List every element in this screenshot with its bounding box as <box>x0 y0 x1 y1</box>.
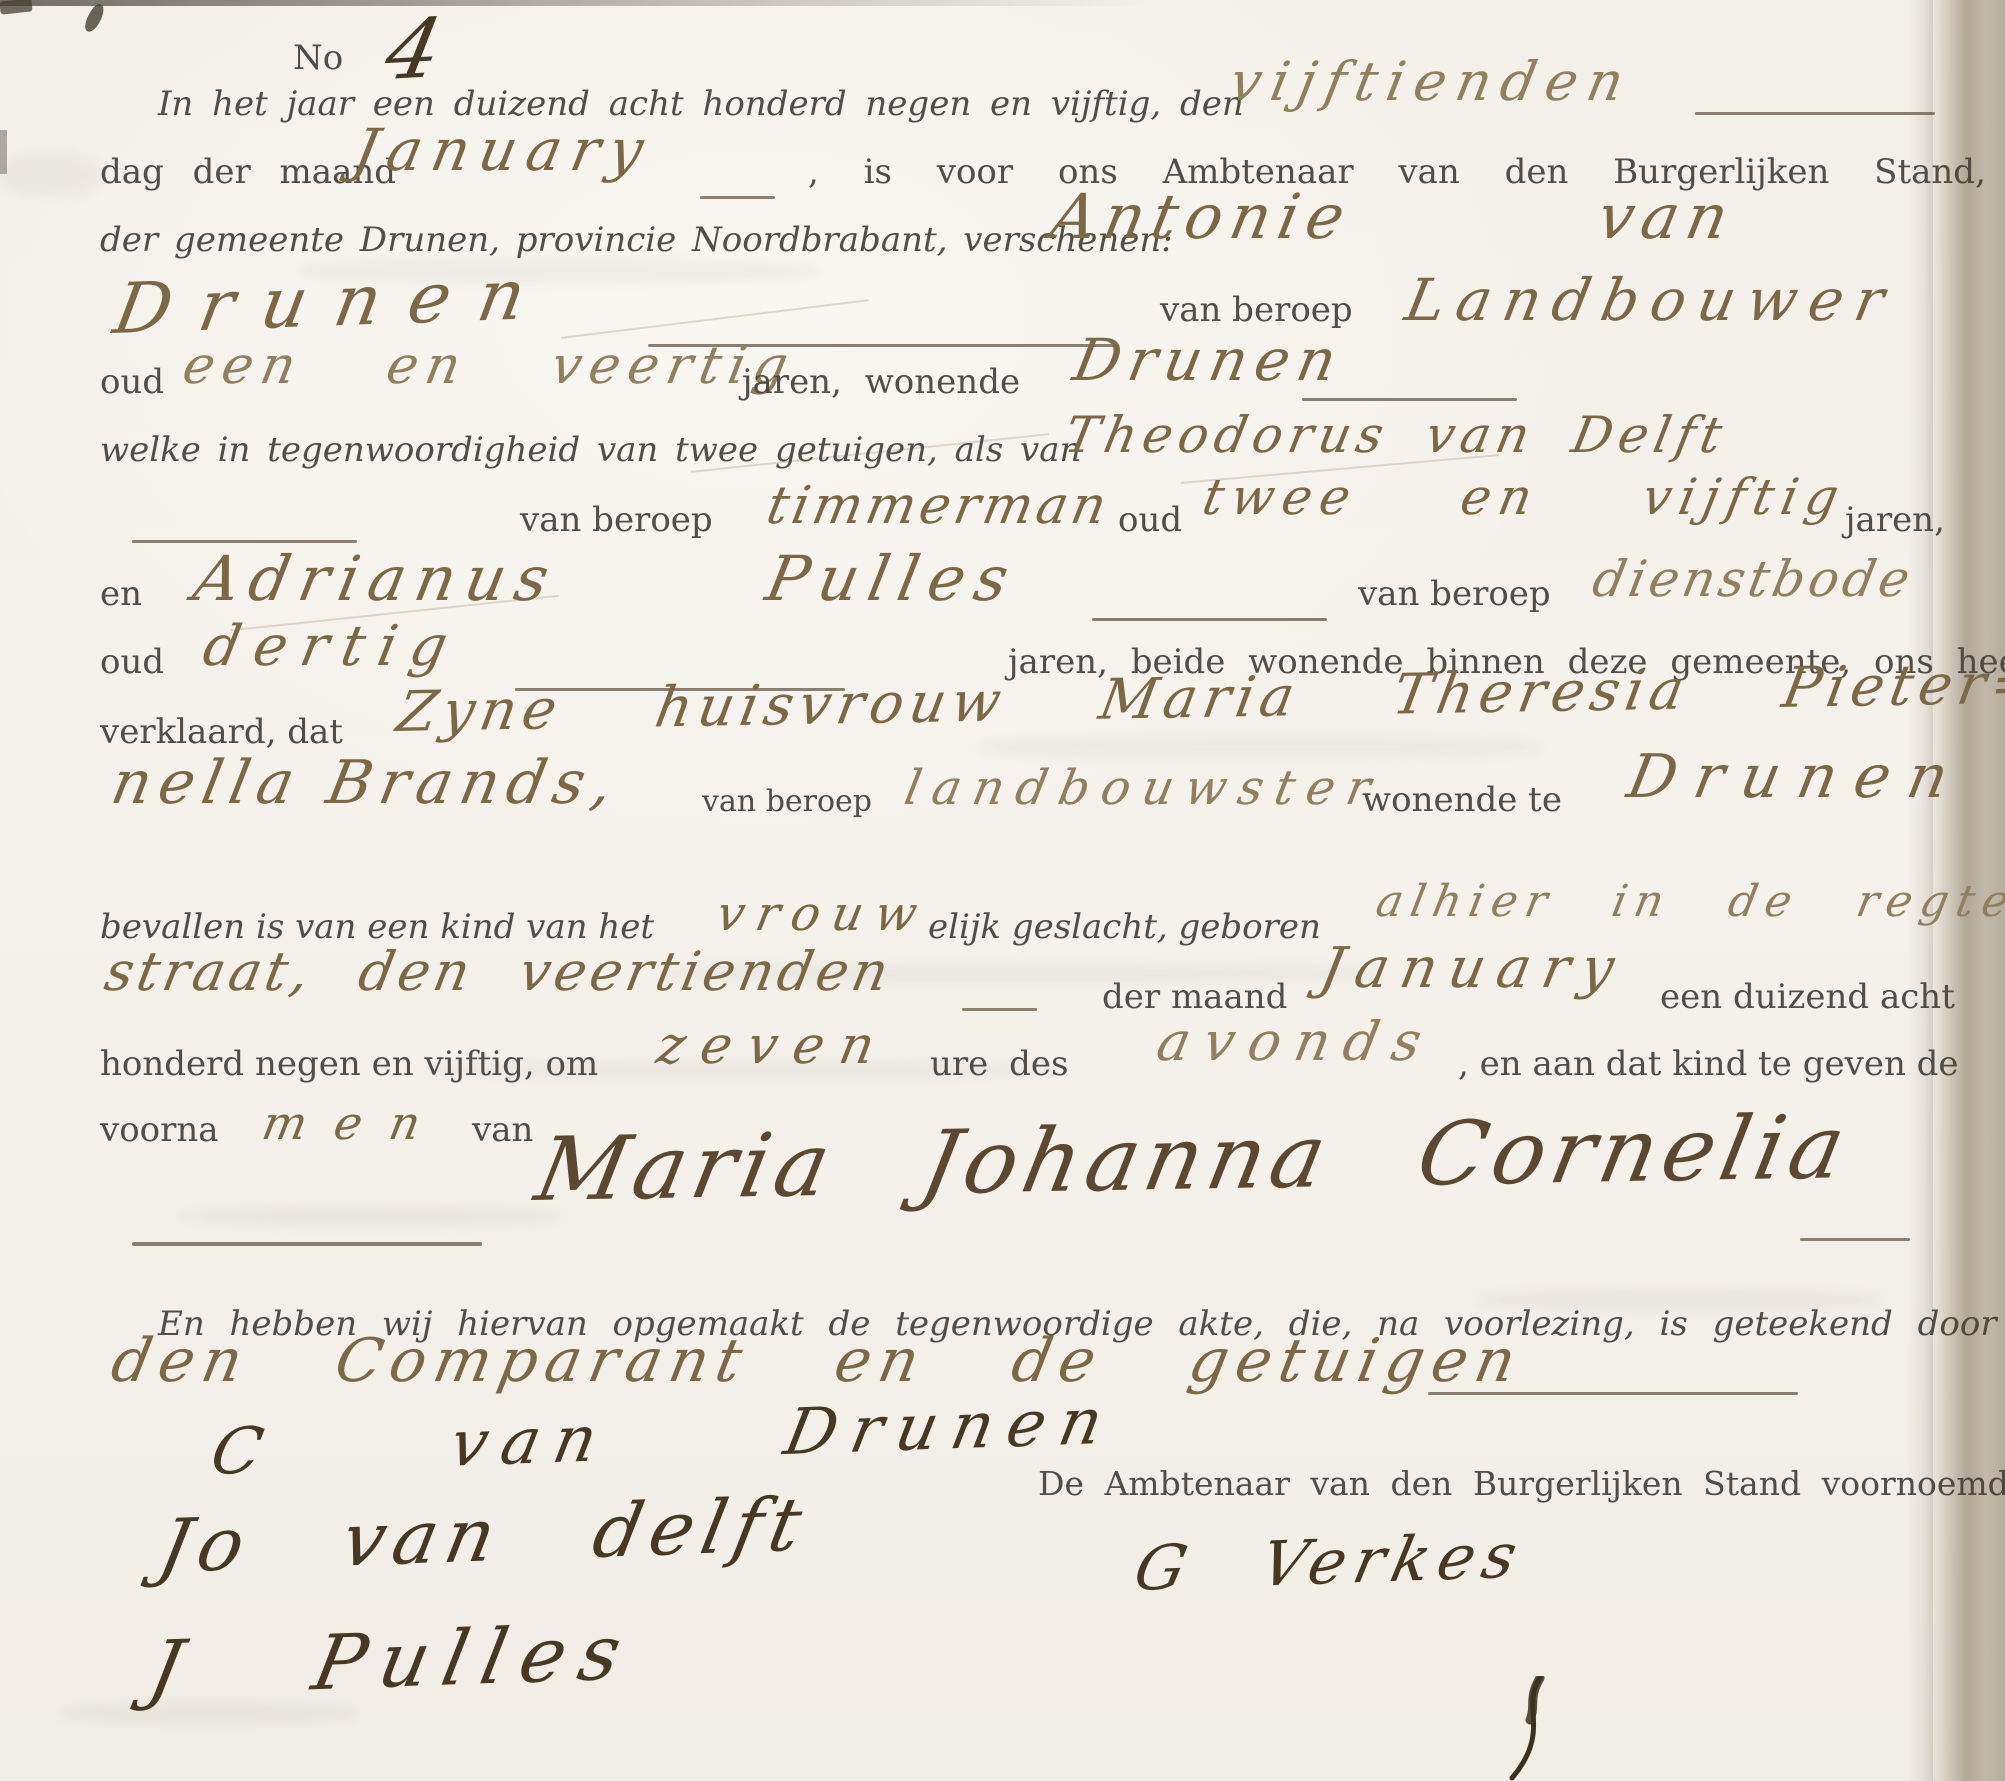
declarant-name-part1: Antonie van <box>1045 180 1742 253</box>
blank-rule <box>132 1242 482 1246</box>
body-line-print: In het jaar een duizend acht honderd neg… <box>158 84 1244 124</box>
bleedthrough-artifact <box>180 1205 560 1227</box>
closing-line-hand: den Comparant en de getuigen <box>106 1326 1529 1396</box>
body-line-print: elijk geslacht, geboren <box>928 907 1321 947</box>
body-line-print: verklaard, dat <box>100 712 343 752</box>
blank-rule <box>1092 618 1327 621</box>
body-line-print: van beroep <box>1358 574 1551 614</box>
witness1-name: Theodorus van Delft <box>1060 406 1733 464</box>
signature-witness2: J Pulles <box>142 1607 642 1713</box>
body-line-print: van beroep <box>1160 290 1353 330</box>
body-line-print: voorna <box>100 1110 219 1150</box>
body-line-print: oud <box>100 642 164 682</box>
scan-top-shadow <box>0 0 1150 6</box>
witness2-name: Adrianus Pulles <box>188 542 1024 615</box>
witness2-occupation: dienstbode <box>1588 550 1919 608</box>
mother-occupation: landbouwster <box>900 760 1387 816</box>
body-line-print: jaren, <box>1845 500 1945 540</box>
body-line-print: ure des <box>930 1044 1068 1084</box>
witness1-occupation: timmerman <box>762 476 1115 536</box>
blank-dash <box>1800 1238 1910 1241</box>
mother-residence: Drunen <box>1622 742 1972 812</box>
signature-comparant: C van Drunen <box>205 1385 1123 1490</box>
body-line-print: honderd negen en vijftig, om <box>100 1044 598 1084</box>
body-line-print: , en aan dat kind te geven de <box>1458 1044 1959 1084</box>
body-line-print: jaren, wonende <box>742 362 1020 402</box>
body-line-print: der gemeente Drunen, provincie Noordbrab… <box>100 220 1173 260</box>
ink-speck <box>0 0 33 15</box>
pen-flourish <box>1478 1676 1648 1781</box>
body-line-print: welke in tegenwoordigheid van twee getui… <box>100 430 1081 470</box>
child-gender: vrouw <box>712 886 934 942</box>
mother-name-part1: Zyne huisvrouw Maria Theresia Pieter= <box>392 651 2005 745</box>
entry-month: January <box>348 116 659 184</box>
mother-name-part2: nella Brands, <box>106 748 626 818</box>
ink-speck <box>82 2 108 35</box>
birth-record-page: No 4 In het jaar een duizend acht honder… <box>0 0 2005 1781</box>
body-line-hand: men <box>258 1096 453 1150</box>
record-number-label: No <box>293 38 343 78</box>
declarant-residence: Drunen <box>1068 326 1350 394</box>
birth-time-of-day: avonds <box>1152 1010 1441 1073</box>
blank-rule <box>1428 1392 1798 1395</box>
blank-dash <box>962 1008 1037 1011</box>
bleedthrough-artifact <box>980 735 1540 759</box>
pencil-hairline <box>561 299 869 339</box>
body-line-print: oud <box>1118 500 1182 540</box>
witness2-age: dertig <box>198 614 467 679</box>
declarant-occupation: Landbouwer <box>1400 266 1902 334</box>
blank-rule <box>1302 398 1517 401</box>
birth-month: January <box>1315 936 1631 1001</box>
birth-hour: zeven <box>652 1016 895 1076</box>
blank-rule <box>1695 112 1935 115</box>
signature-official: G Verkes <box>1128 1519 1531 1605</box>
body-line-print: van beroep <box>702 784 872 819</box>
blank-dash <box>700 196 775 199</box>
body-line-print: van beroep <box>520 500 713 540</box>
witness1-age: twee en vijftig <box>1198 468 1851 526</box>
child-name: Maria Johanna Cornelia <box>528 1095 1859 1221</box>
body-line-print: een duizend acht <box>1660 977 1955 1017</box>
birth-place: alhier in de regte <box>1372 876 2005 927</box>
signature-witness1: Jo van delft <box>152 1482 816 1590</box>
birth-street-and-day: straat, den veertienden <box>100 940 898 1003</box>
declarant-age: een en veertig <box>178 336 801 396</box>
body-line-print: wonende te <box>1362 780 1562 820</box>
official-title-label: De Ambtenaar van den Burgerlijken Stand … <box>1038 1464 2005 1503</box>
body-line-print: oud <box>100 362 164 402</box>
body-line-print: en <box>100 574 142 614</box>
bleedthrough-artifact <box>0 152 100 198</box>
body-line-print: van <box>472 1110 533 1150</box>
entry-day-ordinal: vijftienden <box>1225 50 1639 113</box>
